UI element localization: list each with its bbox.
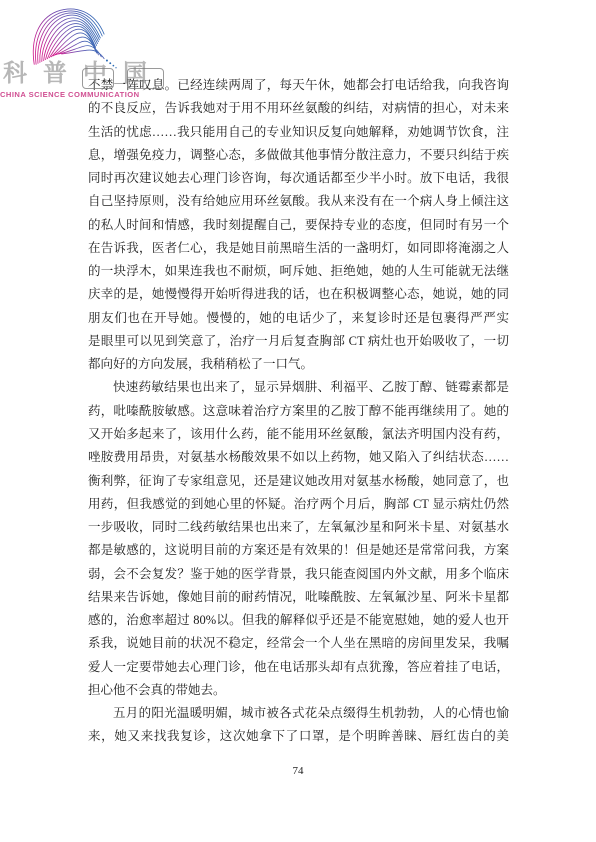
text-line: 快速药敏结果也出来了，显示异烟肼、利福平、乙胺丁醇、链霉素都是耐: [88, 376, 509, 399]
text-line: 同时再次建议她去心理门诊咨询，每次通话都至少半小时。放下电话，我很庆幸: [88, 167, 509, 190]
text-line: 自己坚持原则，没有给她应用环丝氨酸。我从来没有在一个病人身上倾注这么多: [88, 190, 509, 213]
text-line: 庆幸的是，她慢慢得开始听得进我的话，也在积极调整心态，她说，她的同事和: [88, 283, 509, 306]
text-line: 又开始多起来了，该用什么药，能不能用环丝氨酸，氯法齐明国内没有药，利奈: [88, 423, 509, 446]
logo-english-text: CHINA SCIENCE COMMUNICATION: [0, 90, 140, 99]
text-line: 感的，治愈率超过 80%以。但我的解释似乎还是不能宽慰她，她的爱人也开始联: [88, 609, 509, 632]
text-line: 朋友们也在开导她。慢慢的，她的电话少了，来复诊时还是包裹得严严实实，但: [88, 307, 509, 330]
body-text: 不禁一阵叹息。已经连续两周了，每天午休，她都会打电话给我，向我咨询药物 的不良反…: [88, 74, 509, 749]
logo-overlap-box: [127, 68, 164, 89]
text-line: 息，增强免疫力，调整心态，多做做其他事情分散注意力，不要只纠结于疾病，: [88, 144, 509, 167]
text-line: 用药，但我感觉的到她心里的怀疑。治疗两个月后，胸部 CT 显示病灶仍然在进: [88, 493, 509, 516]
text-line: 系我，说她目前的状况不稳定，经常会一个人坐在黑暗的房间里发呆，我嘱咐她: [88, 632, 509, 655]
logo-wave-icon: [22, 2, 122, 70]
text-line: 生活的忧虑……我只能用自己的专业知识反复向她解释，劝她调节饮食，注意休: [88, 121, 509, 144]
text-line: 的一块浮木，如果连我也不耐烦，呵斥她、拒绝她，她的人生可能就无法继续了。: [88, 260, 509, 283]
text-line: 唑胺费用昂贵，对氨基水杨酸效果不如以上药物，她又陷入了纠结状态……我权: [88, 446, 509, 469]
text-line: 都是敏感的，这说明目前的方案还是有效果的！但是她还是常常问我，方案这么: [88, 539, 509, 562]
document-page: 科普中国 CHINA SCIENCE COMMUNICATION 不禁一阵叹息。…: [0, 0, 596, 842]
text-line: 的不良反应，告诉我她对于用不用环丝氨酸的纠结，对病情的担心，对未来婚姻: [88, 97, 509, 120]
page-number: 74: [0, 765, 596, 777]
text-line: 都向好的方向发展，我稍稍松了一口气。: [88, 353, 509, 376]
text-line: 是眼里可以见到笑意了，治疗一月后复查胸部 CT 病灶也开始吸收了，一切似乎: [88, 330, 509, 353]
text-line: 结果来告诉她，像她目前的耐药情况，吡嗪酰胺、左氧氟沙星、阿米卡星都是敏: [88, 586, 509, 609]
text-line: 爱人一定要带她去心理门诊，他在电话那头却有点犹豫，答应着挂了电话，我却: [88, 656, 509, 679]
text-line: 五月的阳光温暖明媚，城市被各式花朵点缀得生机勃勃，人的心情也愉起: [88, 702, 509, 725]
text-line: 担心他不会真的带她去。: [88, 679, 509, 702]
text-line: 一步吸收，同时二线药敏结果也出来了，左氧氟沙星和阿米卡星、对氨基水杨酸: [88, 516, 509, 539]
text-line: 衡利弊，征询了专家组意见，还是建议她改用对氨基水杨酸，她同意了，也开始: [88, 470, 509, 493]
logo-overlap-box: [82, 68, 114, 89]
text-line: 弱，会不会复发？鉴于她的医学背景，我只能查阅国内外文献，用多个临床研究: [88, 563, 509, 586]
text-line: 在告诉我，医者仁心，我是她目前黑暗生活的一盏明灯，如同即将淹溺之人手边: [88, 237, 509, 260]
text-line: 药，吡嗪酰胺敏感。这意味着治疗方案里的乙胺丁醇不能再继续用了。她的电话: [88, 400, 509, 423]
text-line: 来，她又来找我复诊，这次她拿下了口罩，是个明眸善睐、唇红齿白的美女。她: [88, 725, 509, 748]
text-line: 的私人时间和情感，我时刻提醒自己，要保持专业的态度，但同时有另一个声音: [88, 214, 509, 237]
